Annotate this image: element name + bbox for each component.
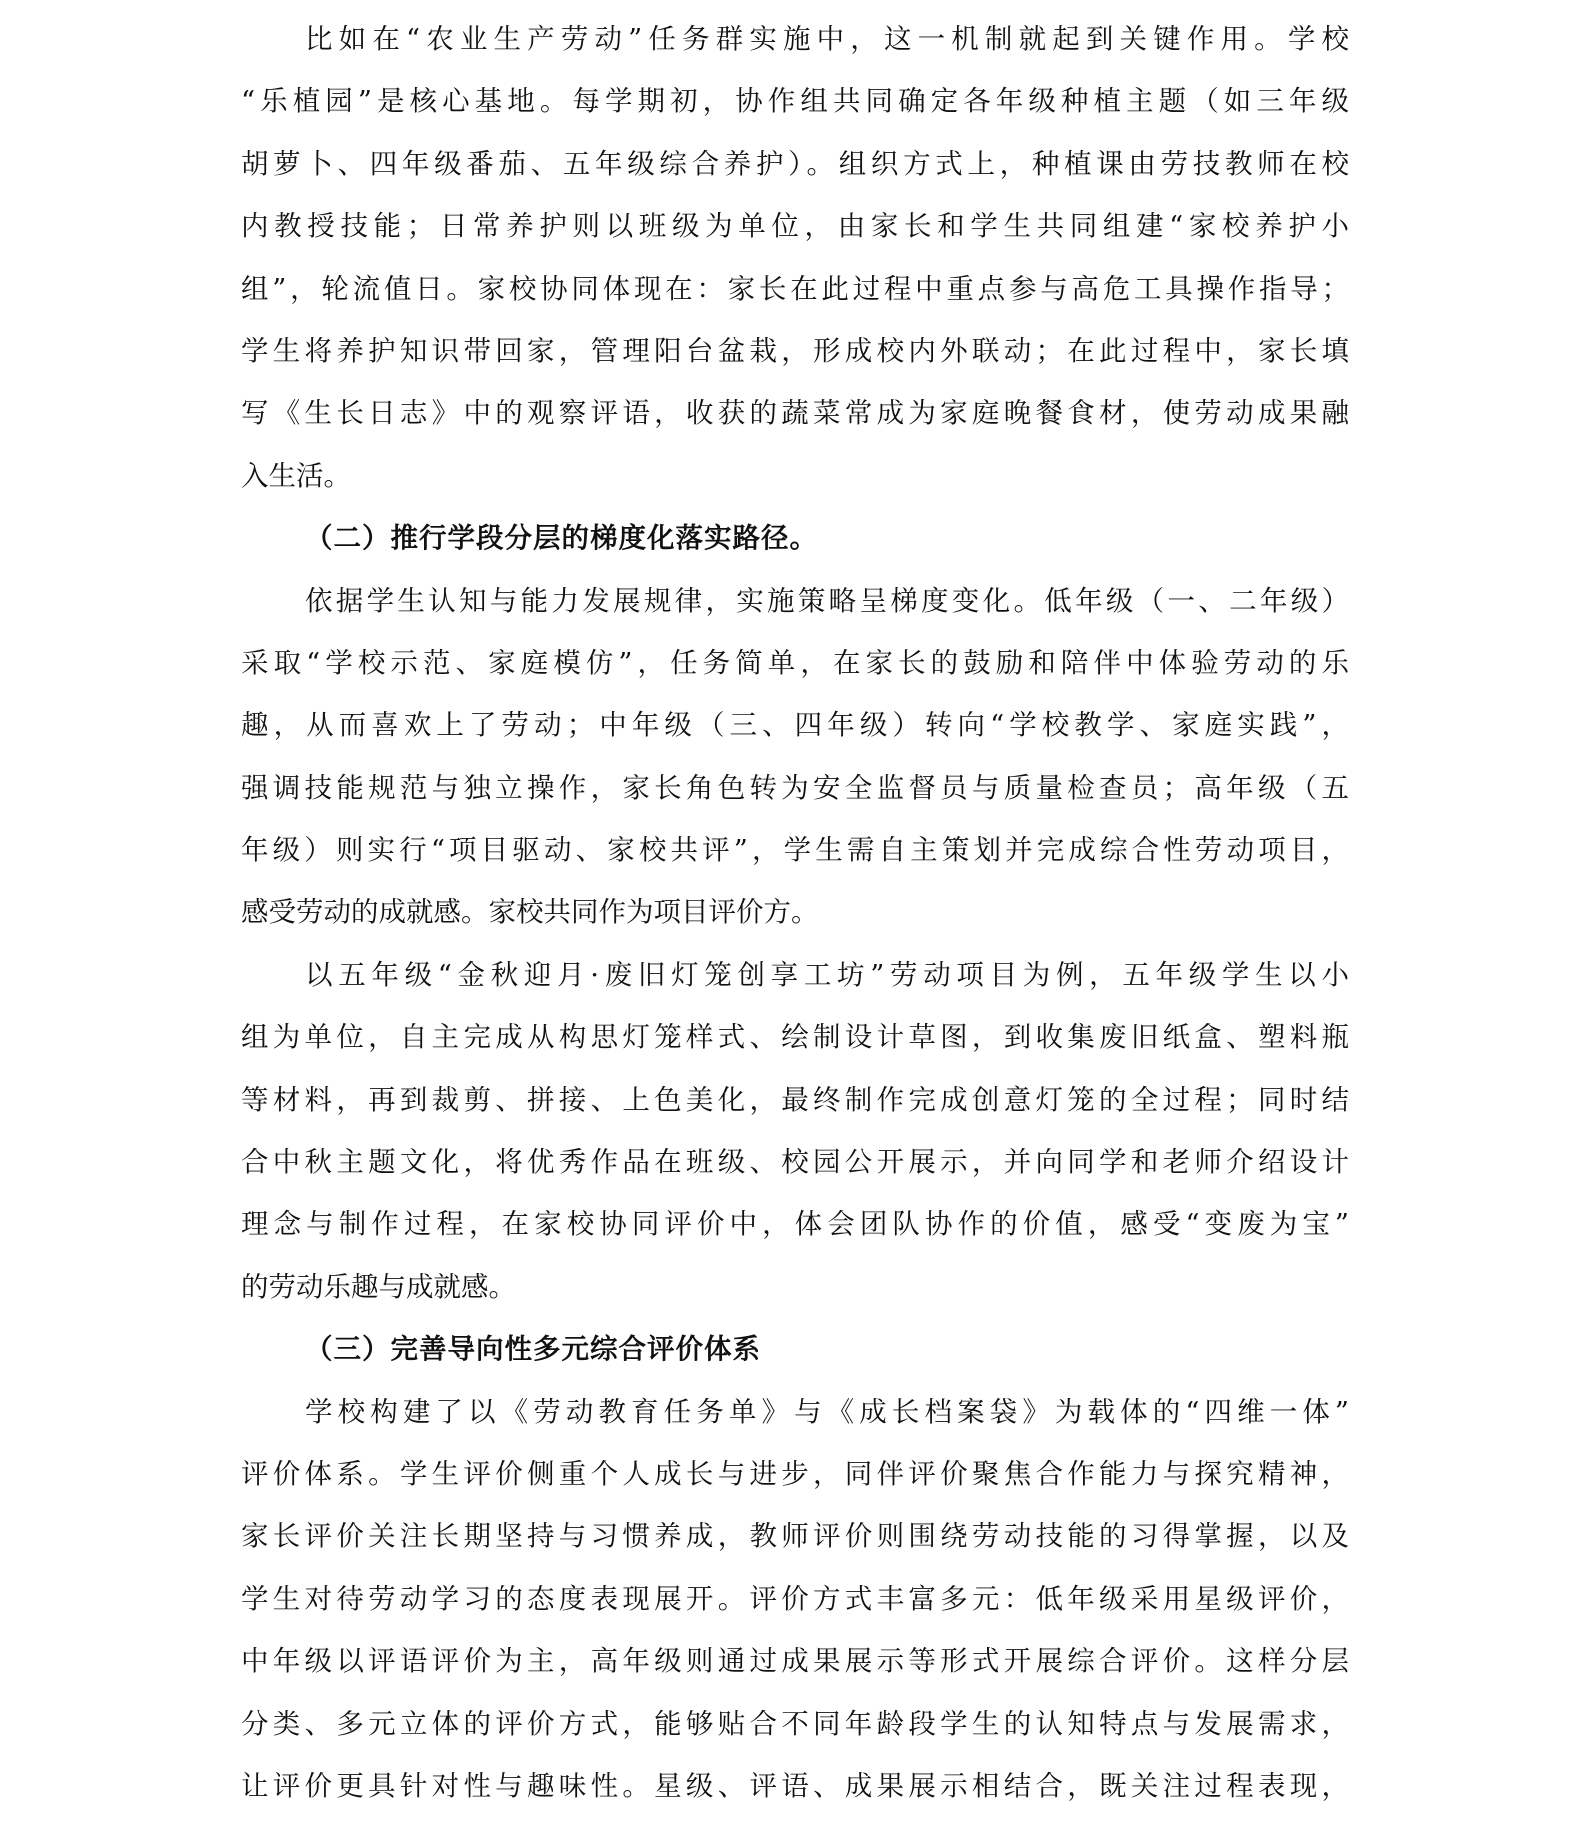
paragraph-evaluation-system: 学校构建了以《劳动教育任务单》与《成长档案袋》为载体的“四维一体” 评价体系。学…: [241, 1381, 1349, 1818]
text-line: 感受劳动的成就感。家校共同作为项目评价方。: [241, 881, 1349, 943]
paragraph-lantern-project: 以五年级“金秋迎月·废旧灯笼创享工坊”劳动项目为例，五年级学生以小 组为单位，自…: [241, 944, 1349, 1318]
text-line: 理念与制作过程，在家校协同评价中，体会团队协作的价值，感受“变废为宝”: [241, 1193, 1349, 1255]
text-line: 比如在“农业生产劳动”任务群实施中，这一机制就起到关键作用。学校: [241, 8, 1349, 70]
text-line: 合中秋主题文化，将优秀作品在班级、校园公开展示，并向同学和老师介绍设计: [241, 1131, 1349, 1193]
text-line: 组为单位，自主完成从构思灯笼样式、绘制设计草图，到收集废旧纸盒、塑料瓶: [241, 1006, 1349, 1068]
section-heading-2: （二）推行学段分层的梯度化落实路径。: [241, 507, 1349, 569]
text-line: 写《生长日志》中的观察评语，收获的蔬菜常成为家庭晚餐食材，使劳动成果融: [241, 382, 1349, 444]
text-line: 组”，轮流值日。家校协同体现在：家长在此过程中重点参与高危工具操作指导；: [241, 258, 1349, 320]
text-line: 分类、多元立体的评价方式，能够贴合不同年龄段学生的认知特点与发展需求，: [241, 1693, 1349, 1755]
text-line: 让评价更具针对性与趣味性。星级、评语、成果展示相结合，既关注过程表现，: [241, 1755, 1349, 1817]
document-page: 比如在“农业生产劳动”任务群实施中，这一机制就起到关键作用。学校 “乐植园”是核…: [241, 8, 1349, 1817]
text-line: 中年级以评语评价为主，高年级则通过成果展示等形式开展综合评价。这样分层: [241, 1630, 1349, 1692]
text-line: 内教授技能；日常养护则以班级为单位，由家长和学生共同组建“家校养护小: [241, 195, 1349, 257]
paragraph-agricultural-labor: 比如在“农业生产劳动”任务群实施中，这一机制就起到关键作用。学校 “乐植园”是核…: [241, 8, 1349, 507]
text-line: 学生将养护知识带回家，管理阳台盆栽，形成校内外联动；在此过程中，家长填: [241, 320, 1349, 382]
paragraph-gradient-path: 依据学生认知与能力发展规律，实施策略呈梯度变化。低年级（一、二年级） 采取“学校…: [241, 570, 1349, 944]
text-line: 评价体系。学生评价侧重个人成长与进步，同伴评价聚焦合作能力与探究精神，: [241, 1443, 1349, 1505]
text-line: 学校构建了以《劳动教育任务单》与《成长档案袋》为载体的“四维一体”: [241, 1381, 1349, 1443]
text-line: “乐植园”是核心基地。每学期初，协作组共同确定各年级种植主题（如三年级: [241, 70, 1349, 132]
text-line: 家长评价关注长期坚持与习惯养成，教师评价则围绕劳动技能的习得掌握，以及: [241, 1505, 1349, 1567]
text-line: 采取“学校示范、家庭模仿”，任务简单，在家长的鼓励和陪伴中体验劳动的乐: [241, 632, 1349, 694]
text-line: 等材料，再到裁剪、拼接、上色美化，最终制作完成创意灯笼的全过程；同时结: [241, 1069, 1349, 1131]
text-line: 依据学生认知与能力发展规律，实施策略呈梯度变化。低年级（一、二年级）: [241, 570, 1349, 632]
text-line: 入生活。: [241, 445, 1349, 507]
section-heading-3: （三）完善导向性多元综合评价体系: [241, 1318, 1349, 1380]
text-line: 强调技能规范与独立操作，家长角色转为安全监督员与质量检查员；高年级（五: [241, 757, 1349, 819]
text-line: 趣，从而喜欢上了劳动；中年级（三、四年级）转向“学校教学、家庭实践”，: [241, 694, 1349, 756]
text-line: 学生对待劳动学习的态度表现展开。评价方式丰富多元：低年级采用星级评价，: [241, 1568, 1349, 1630]
text-line: 以五年级“金秋迎月·废旧灯笼创享工坊”劳动项目为例，五年级学生以小: [241, 944, 1349, 1006]
text-line: 年级）则实行“项目驱动、家校共评”，学生需自主策划并完成综合性劳动项目，: [241, 819, 1349, 881]
text-line: 的劳动乐趣与成就感。: [241, 1256, 1349, 1318]
text-line: 胡萝卜、四年级番茄、五年级综合养护）。组织方式上，种植课由劳技教师在校: [241, 133, 1349, 195]
